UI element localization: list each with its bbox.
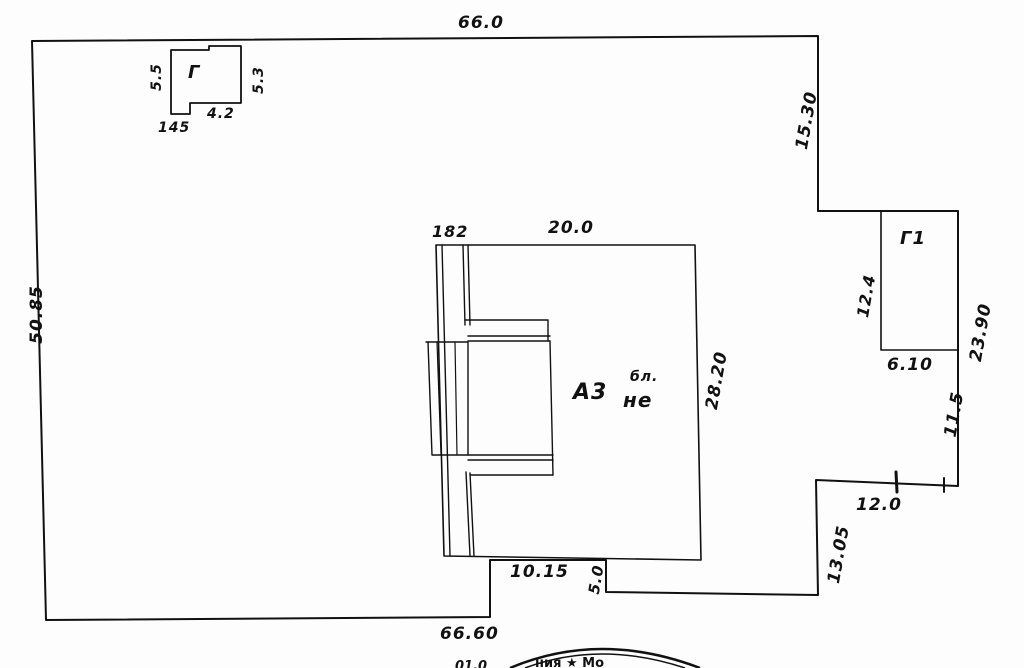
stamp-partial-left: 01.0: [455, 659, 487, 668]
stamp-outline: [0, 0, 1024, 668]
stamp-text: ния ★ Мо: [535, 656, 604, 668]
site-plan-diagram: 66.0 66.60 50.85 15.30 23.90 11.5 13.05 …: [0, 0, 1024, 668]
